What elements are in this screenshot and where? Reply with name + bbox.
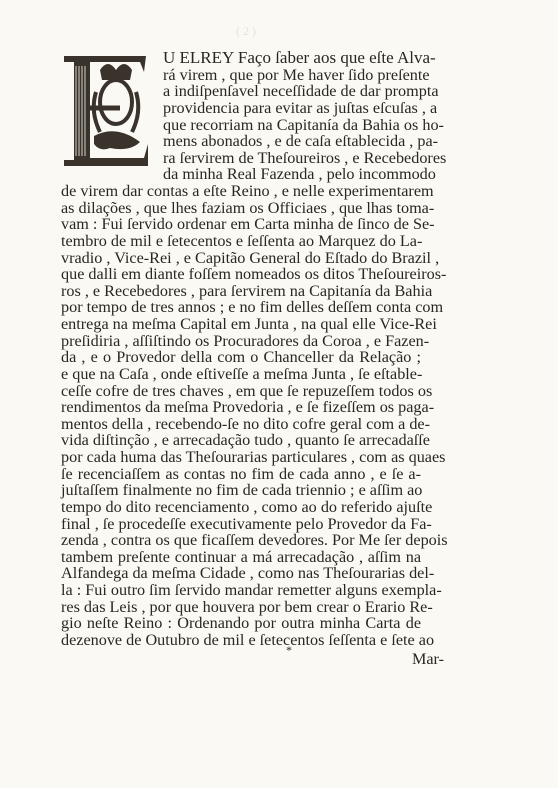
page-number: ( 2 ): [226, 24, 266, 39]
catchword: Mar-: [412, 649, 444, 669]
signature-mark: *: [286, 643, 292, 658]
decorated-initial-e-icon: [60, 52, 152, 168]
text-line: dezenove de Outubro de mil e ſetecentos …: [61, 630, 421, 650]
